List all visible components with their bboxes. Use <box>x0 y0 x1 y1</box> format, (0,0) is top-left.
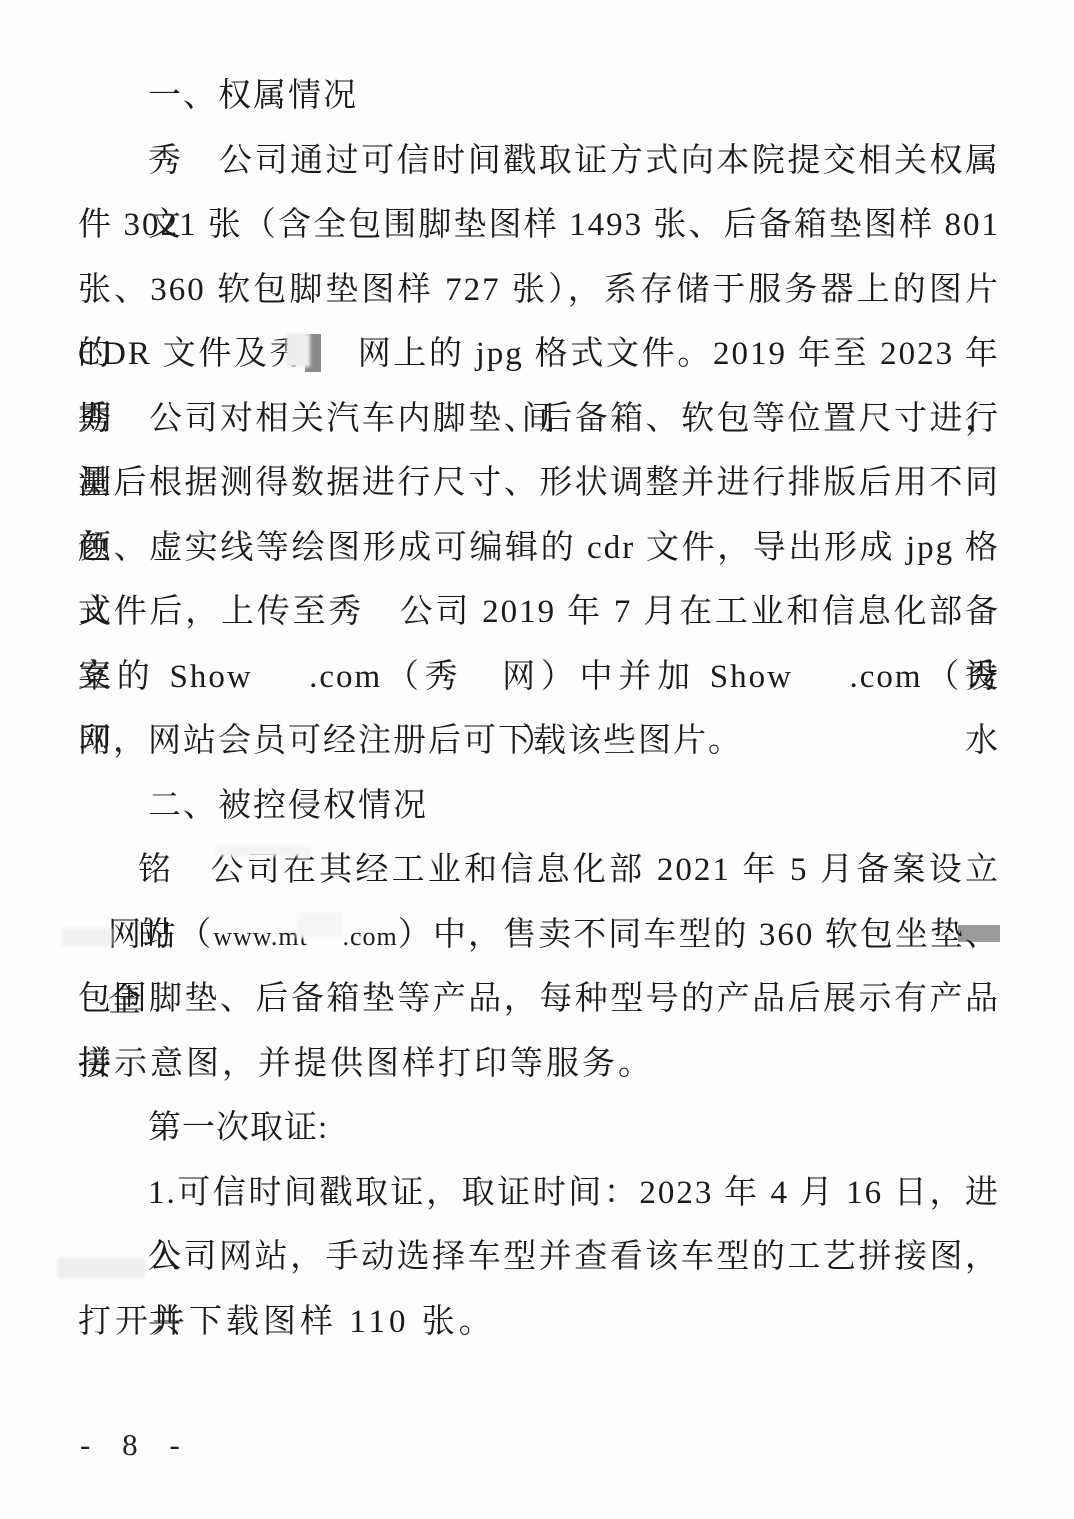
body-line: 公司网站，手动选择车型并查看该车型的工艺拼接图，共 <box>78 1225 1000 1290</box>
body-line: 接示意图，并提供图样打印等服务。 <box>78 1032 1000 1097</box>
heading-section-infringement: 二、被控侵权情况 <box>78 774 1000 839</box>
scanned-document-page: 一、权属情况秀 公司通过可信时间戳取证方式向本院提交相关权属文件 3021 张（… <box>0 0 1074 1519</box>
text-segment: 二、被控侵权情况 <box>148 788 428 824</box>
scan-smudge <box>286 333 310 367</box>
body-line: 件 3021 张（含全包围脚垫图样 1493 张、后备箱垫图样 801 <box>78 193 1000 258</box>
body-line-redacted: CDR 文件及秀 网上的 jpg 格式文件。2019 年至 2023 年期间， <box>78 322 1000 387</box>
scan-smudge <box>296 912 342 938</box>
body-line: 色、虚实线等绘图形成可编辑的 cdr 文件，导出形成 jpg 格式 <box>78 516 1000 581</box>
scan-smudge <box>62 928 112 946</box>
body-line: 张、360 软包脚垫图样 727 张），系存储于服务器上的图片的 <box>78 258 1000 323</box>
text-block: 一、权属情况秀 公司通过可信时间戳取证方式向本院提交相关权属文件 3021 张（… <box>78 64 1000 1354</box>
body-line: 打开并下载图样 110 张。 <box>78 1290 1000 1355</box>
text-segment: 件 3021 张（含全包围脚垫图样 1493 张、后备箱垫图样 801 <box>78 207 1000 243</box>
text-segment: 一、权属情况 <box>148 78 358 114</box>
body-line: 文件后，上传至秀 公司 2019 年 7 月在工业和信息化部备案设 <box>78 580 1000 645</box>
body-line-url: 网站（www.mt .com）中，售卖不同车型的 360 软包坐垫、全 <box>78 903 1000 968</box>
text-segment: 第一次取证: <box>148 1110 328 1146</box>
body-line: 包围脚垫、后备箱垫等产品，每种型号的产品后展示有产品拼 <box>78 967 1000 1032</box>
scan-smudge <box>57 1258 145 1278</box>
text-segment: 打开并下载图样 110 张。 <box>78 1304 496 1340</box>
text-segment: 印，网站会员可经注册后可下载该些图片。 <box>78 723 743 759</box>
heading-section-ownership: 一、权属情况 <box>78 64 1000 129</box>
text-segment: CDR 文件及秀 <box>78 336 305 372</box>
body-line: 立的 Show .com（秀 网）中并加 Show .com（秀 网）水 <box>78 645 1000 710</box>
text-segment: 网站（ <box>108 917 213 953</box>
heading-first-evidence: 第一次取证: <box>78 1096 1000 1161</box>
page-number: - 8 - <box>80 1427 192 1463</box>
body-line: 秀 公司通过可信时间戳取证方式向本院提交相关权属文 <box>78 129 1000 194</box>
body-line: 秀 公司对相关汽车内脚垫、后备箱、软包等位置尺寸进行测 <box>78 387 1000 452</box>
body-line: 1.可信时间戳取证，取证时间：2023 年 4 月 16 日，进入 <box>78 1161 1000 1226</box>
text-segment: 接示意图，并提供图样打印等服务。 <box>78 1046 654 1082</box>
scan-smudge <box>215 846 311 856</box>
body-line: 量后根据测得数据进行尺寸、形状调整并进行排版后用不同颜 <box>78 451 1000 516</box>
